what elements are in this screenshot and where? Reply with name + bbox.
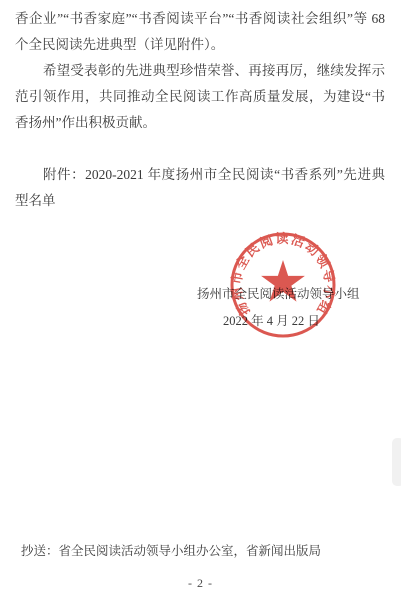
document-page: 香企业”“书香家庭”“书香阅读平台”“书香阅读社会组织”等 68 个全民阅读先进… (0, 0, 401, 606)
attachment-line-1: 附件：2020-2021 年度扬州市全民阅读“书香系列”先进典 (15, 162, 385, 188)
body-line-3: 希望受表彰的先进典型珍惜荣誉、再接再厉，继续发挥示 (15, 58, 385, 84)
blank-line (15, 136, 385, 162)
page-number: - 2 - (0, 576, 401, 591)
body-line-2: 个全民阅读先进典型（详见附件）。 (15, 32, 385, 58)
scan-artifact (392, 438, 401, 486)
body-line-4: 范引领作用，共同推动全民阅读工作高质量发展，为建设“书 (15, 84, 385, 110)
official-seal: 扬州市全民阅读活动领导小组 (228, 230, 338, 340)
attachment-line-2: 型名单 (15, 188, 385, 214)
body-line-5: 香扬州”作出积极贡献。 (15, 110, 385, 136)
body-line-1: 香企业”“书香家庭”“书香阅读平台”“书香阅读社会组织”等 68 (15, 6, 385, 32)
cc-line: 抄送：省全民阅读活动领导小组办公室，省新闻出版局 (21, 541, 321, 559)
seal-star-icon (261, 260, 305, 302)
document-body: 香企业”“书香家庭”“书香阅读平台”“书香阅读社会组织”等 68 个全民阅读先进… (15, 6, 385, 214)
